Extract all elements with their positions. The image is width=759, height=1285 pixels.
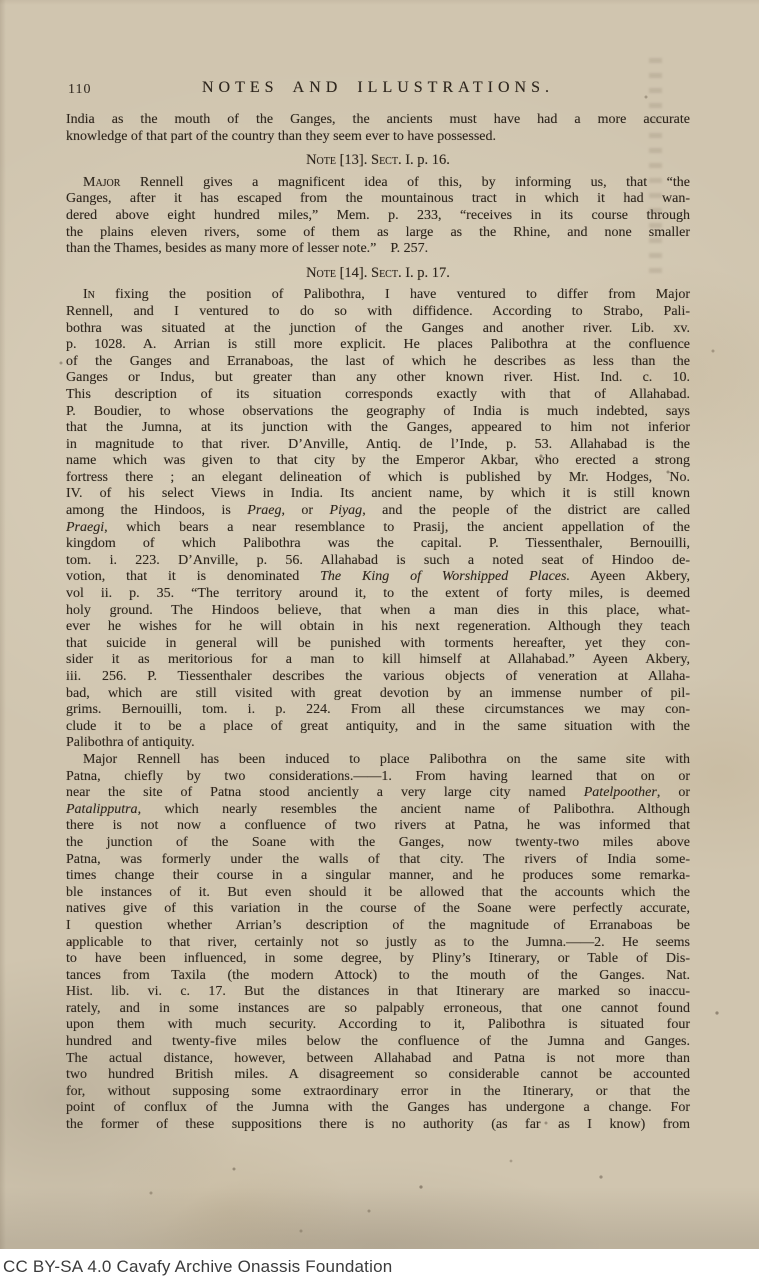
text-line: iii. 256. P. Tiessenthaler describes the… [66, 669, 690, 686]
text-line: tances from Taxila (the modern Attock) t… [66, 968, 690, 985]
small-caps-text: Note [14]. Sect. [306, 265, 402, 281]
italic-text: Piyag [330, 503, 363, 518]
text-line: ble instances of it. But even should it … [66, 885, 690, 902]
text-line: kingdom of which Palibothra was the capi… [66, 536, 690, 553]
paragraph: Major Rennell has been induced to place … [66, 752, 690, 1134]
text-line: applicable to that river, certainly not … [66, 935, 690, 952]
text-line: In fixing the position of Palibothra, I … [66, 287, 690, 304]
text-line: Ganges or Indus, but greater than any ot… [66, 370, 690, 387]
text-line: IV. of his select Views in India. Its an… [66, 486, 690, 503]
italic-text: Patalipputra [66, 802, 138, 817]
text-line: of the Ganges and Erranaboas, the last o… [66, 354, 690, 371]
text-line: in magnitude to that river. D’Anville, A… [66, 437, 690, 454]
text-line: ever he wishes for he will obtain in his… [66, 619, 690, 636]
text-line: P. Boudier, to whose observations the ge… [66, 404, 690, 421]
text-line: near the site of Patna stood anciently a… [66, 785, 690, 802]
license-text: CC BY-SA 4.0 Cavafy Archive Onassis Foun… [3, 1257, 392, 1277]
text-line: holy ground. The Hindoos believe, that w… [66, 603, 690, 620]
text-line: bothra was situated at the junction of t… [66, 321, 690, 338]
italic-text: The King of Worshipped Places. [320, 569, 570, 584]
text-line: Ganges, after it has escaped from the mo… [66, 191, 690, 208]
text-line: two hundred British miles. A disagreemen… [66, 1067, 690, 1084]
text-line: I question whether Arrian’s description … [66, 918, 690, 935]
text-line: that suicide in general will be punished… [66, 636, 690, 653]
italic-text: Praeg [247, 503, 281, 518]
text-line: The actual distance, however, between Al… [66, 1051, 690, 1068]
running-header: NOTES AND ILLUSTRATIONS. [66, 79, 690, 97]
text-line: hundred and twenty-five miles below the … [66, 1034, 690, 1051]
paragraph: Major Rennell gives a magnificent idea o… [66, 175, 690, 258]
italic-text: Praegi [66, 520, 104, 535]
text-line: India as the mouth of the Ganges, the an… [66, 112, 690, 129]
text-line: votion, that it is denominated The King … [66, 569, 690, 586]
page-number: 110 [68, 82, 91, 98]
italic-text: Patelpoother [584, 785, 657, 800]
text-line: sider it as meritorious for a man to kil… [66, 652, 690, 669]
text-line: natives give of this variation in the co… [66, 901, 690, 918]
text-line: This description of its situation corres… [66, 387, 690, 404]
text-line: Praegi, which bears a near resemblance t… [66, 520, 690, 537]
text-line: Rennell, and I ventured to do so with di… [66, 304, 690, 321]
text-line: Major Rennell has been induced to place … [66, 752, 690, 769]
paper-specks [0, 0, 2, 2]
text-line: point of conflux of the Jumna with the G… [66, 1100, 690, 1117]
small-caps-text: In [83, 287, 95, 302]
text-line: Hist. lib. vi. c. 17. But the distances … [66, 984, 690, 1001]
text-line: bad, which are still visited with great … [66, 686, 690, 703]
text-line: knowledge of that part of the country th… [66, 129, 690, 146]
text-line: the junction of the Soane with the Gange… [66, 835, 690, 852]
text-line: to have been influenced, in some degree,… [66, 951, 690, 968]
small-caps-text: Note [13]. Sect. [306, 152, 402, 168]
text-line: rately, and in some instances are so pal… [66, 1001, 690, 1018]
paragraph: In fixing the position of Palibothra, I … [66, 287, 690, 752]
text-line: that the Jumna, at its junction with the… [66, 420, 690, 437]
text-line: there is not now a confluence of two riv… [66, 818, 690, 835]
paragraph: India as the mouth of the Ganges, the an… [66, 112, 690, 145]
page-header-row: 110 NOTES AND ILLUSTRATIONS. [66, 79, 690, 99]
text-line: for, without supposing some extraordinar… [66, 1084, 690, 1101]
text-line: the plains eleven rivers, some of them a… [66, 225, 690, 242]
text-line: Patna, chiefly by two considerations.——1… [66, 769, 690, 786]
text-line: times change their course in a singular … [66, 868, 690, 885]
text-line: vol ii. p. 35. “The territory around it,… [66, 586, 690, 603]
small-caps-text: Major [83, 175, 120, 190]
text-line: among the Hindoos, is Praeg, or Piyag, a… [66, 503, 690, 520]
text-line: fortress there ; an elegant delineation … [66, 470, 690, 487]
text-line: Palibothra of antiquity. [66, 735, 690, 752]
text-line: tom. i. 223. D’Anville, p. 56. Allahabad… [66, 553, 690, 570]
text-line: Patalipputra, which nearly resembles the… [66, 802, 690, 819]
text-line: dered above eight hundred miles,” Mem. p… [66, 208, 690, 225]
text-line: Patna, was formerly under the walls of t… [66, 852, 690, 869]
scanned-book-page: 110 NOTES AND ILLUSTRATIONS. India as th… [0, 0, 759, 1249]
note-heading: Note [13]. Sect. I. p. 16. [66, 152, 690, 169]
page-body-text: India as the mouth of the Ganges, the an… [66, 112, 690, 1134]
text-line: than the Thames, besides as many more of… [66, 241, 690, 258]
license-bar: CC BY-SA 4.0 Cavafy Archive Onassis Foun… [0, 1249, 759, 1285]
text-line: Major Rennell gives a magnificent idea o… [66, 175, 690, 192]
text-line: upon them with much security. According … [66, 1017, 690, 1034]
text-line: clude it to be a place of great antiquit… [66, 719, 690, 736]
text-line: name which was given to that city by the… [66, 453, 690, 470]
text-line: p. 1028. A. Arrian is still more explici… [66, 337, 690, 354]
note-heading: Note [14]. Sect. I. p. 17. [66, 265, 690, 282]
text-line: grims. Bernouilli, tom. i. p. 224. From … [66, 702, 690, 719]
text-line: the former of these suppositions there i… [66, 1117, 690, 1134]
